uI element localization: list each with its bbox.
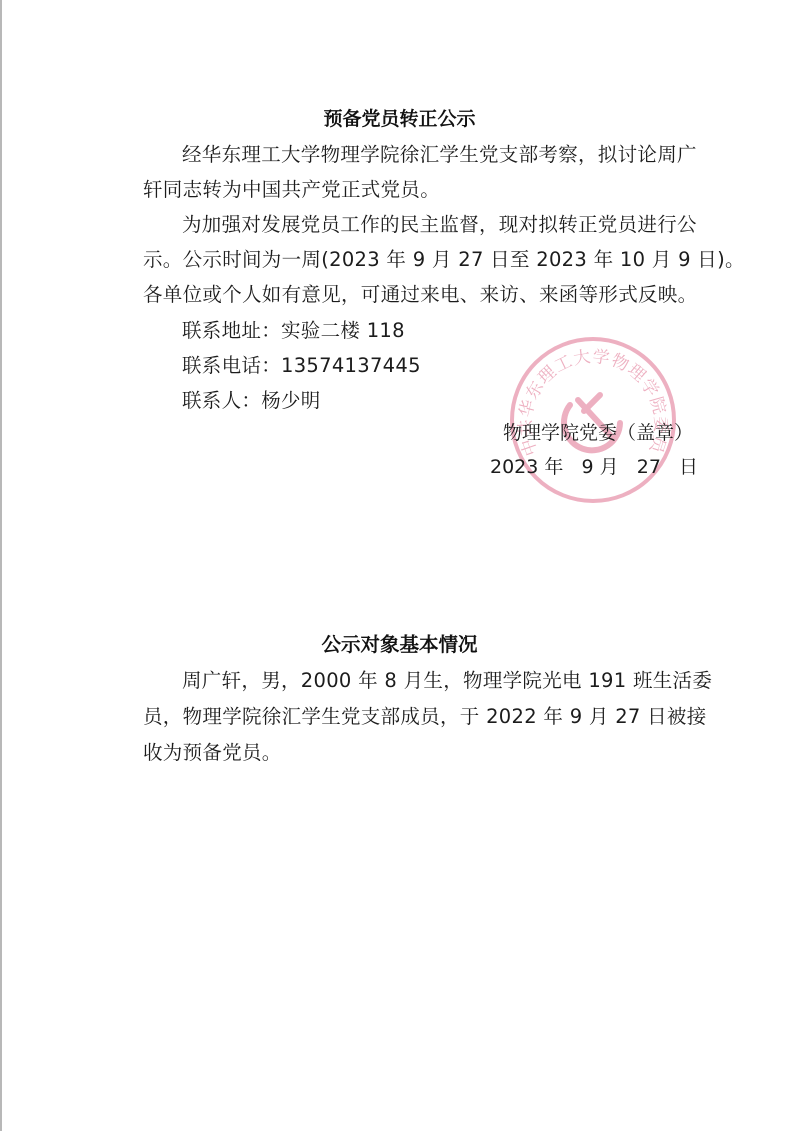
profile-line3: 收为预备党员。 <box>143 737 282 765</box>
contact-phone: 联系电话：13574137445 <box>182 350 421 378</box>
paragraph2-line2: 示。公示时间为一周(2023 年 9 月 27 日至 2023 年 10 月 9… <box>143 244 745 272</box>
document-page: 预备党员转正公示 经华东理工大学物理学院徐汇学生党支部考察，拟讨论周广 轩同志转… <box>0 0 799 1131</box>
profile-title: 公示对象基本情况 <box>0 629 799 657</box>
contact-address: 联系地址：实验二楼 118 <box>182 315 405 343</box>
profile-line2: 员，物理学院徐汇学生党支部成员，于 2022 年 9 月 27 日被接 <box>143 701 707 729</box>
paragraph2-line3: 各单位或个人如有意见，可通过来电、来访、来函等形式反映。 <box>143 279 697 307</box>
paragraph1-line2: 轩同志转为中国共产党正式党员。 <box>143 174 440 202</box>
notice-title: 预备党员转正公示 <box>0 104 799 131</box>
contact-person: 联系人：杨少明 <box>182 385 321 413</box>
signature-date: 2023 年 9 月 27 日 <box>490 452 698 479</box>
profile-line1: 周广轩，男，2000 年 8 月生，物理学院光电 191 班生活委 <box>182 665 712 693</box>
signature-org: 物理学院党委（盖章） <box>503 418 693 445</box>
paragraph2-line1: 为加强对发展党员工作的民主监督，现对拟转正党员进行公 <box>182 209 697 237</box>
paragraph1-line1: 经华东理工大学物理学院徐汇学生党支部考察，拟讨论周广 <box>182 139 697 167</box>
